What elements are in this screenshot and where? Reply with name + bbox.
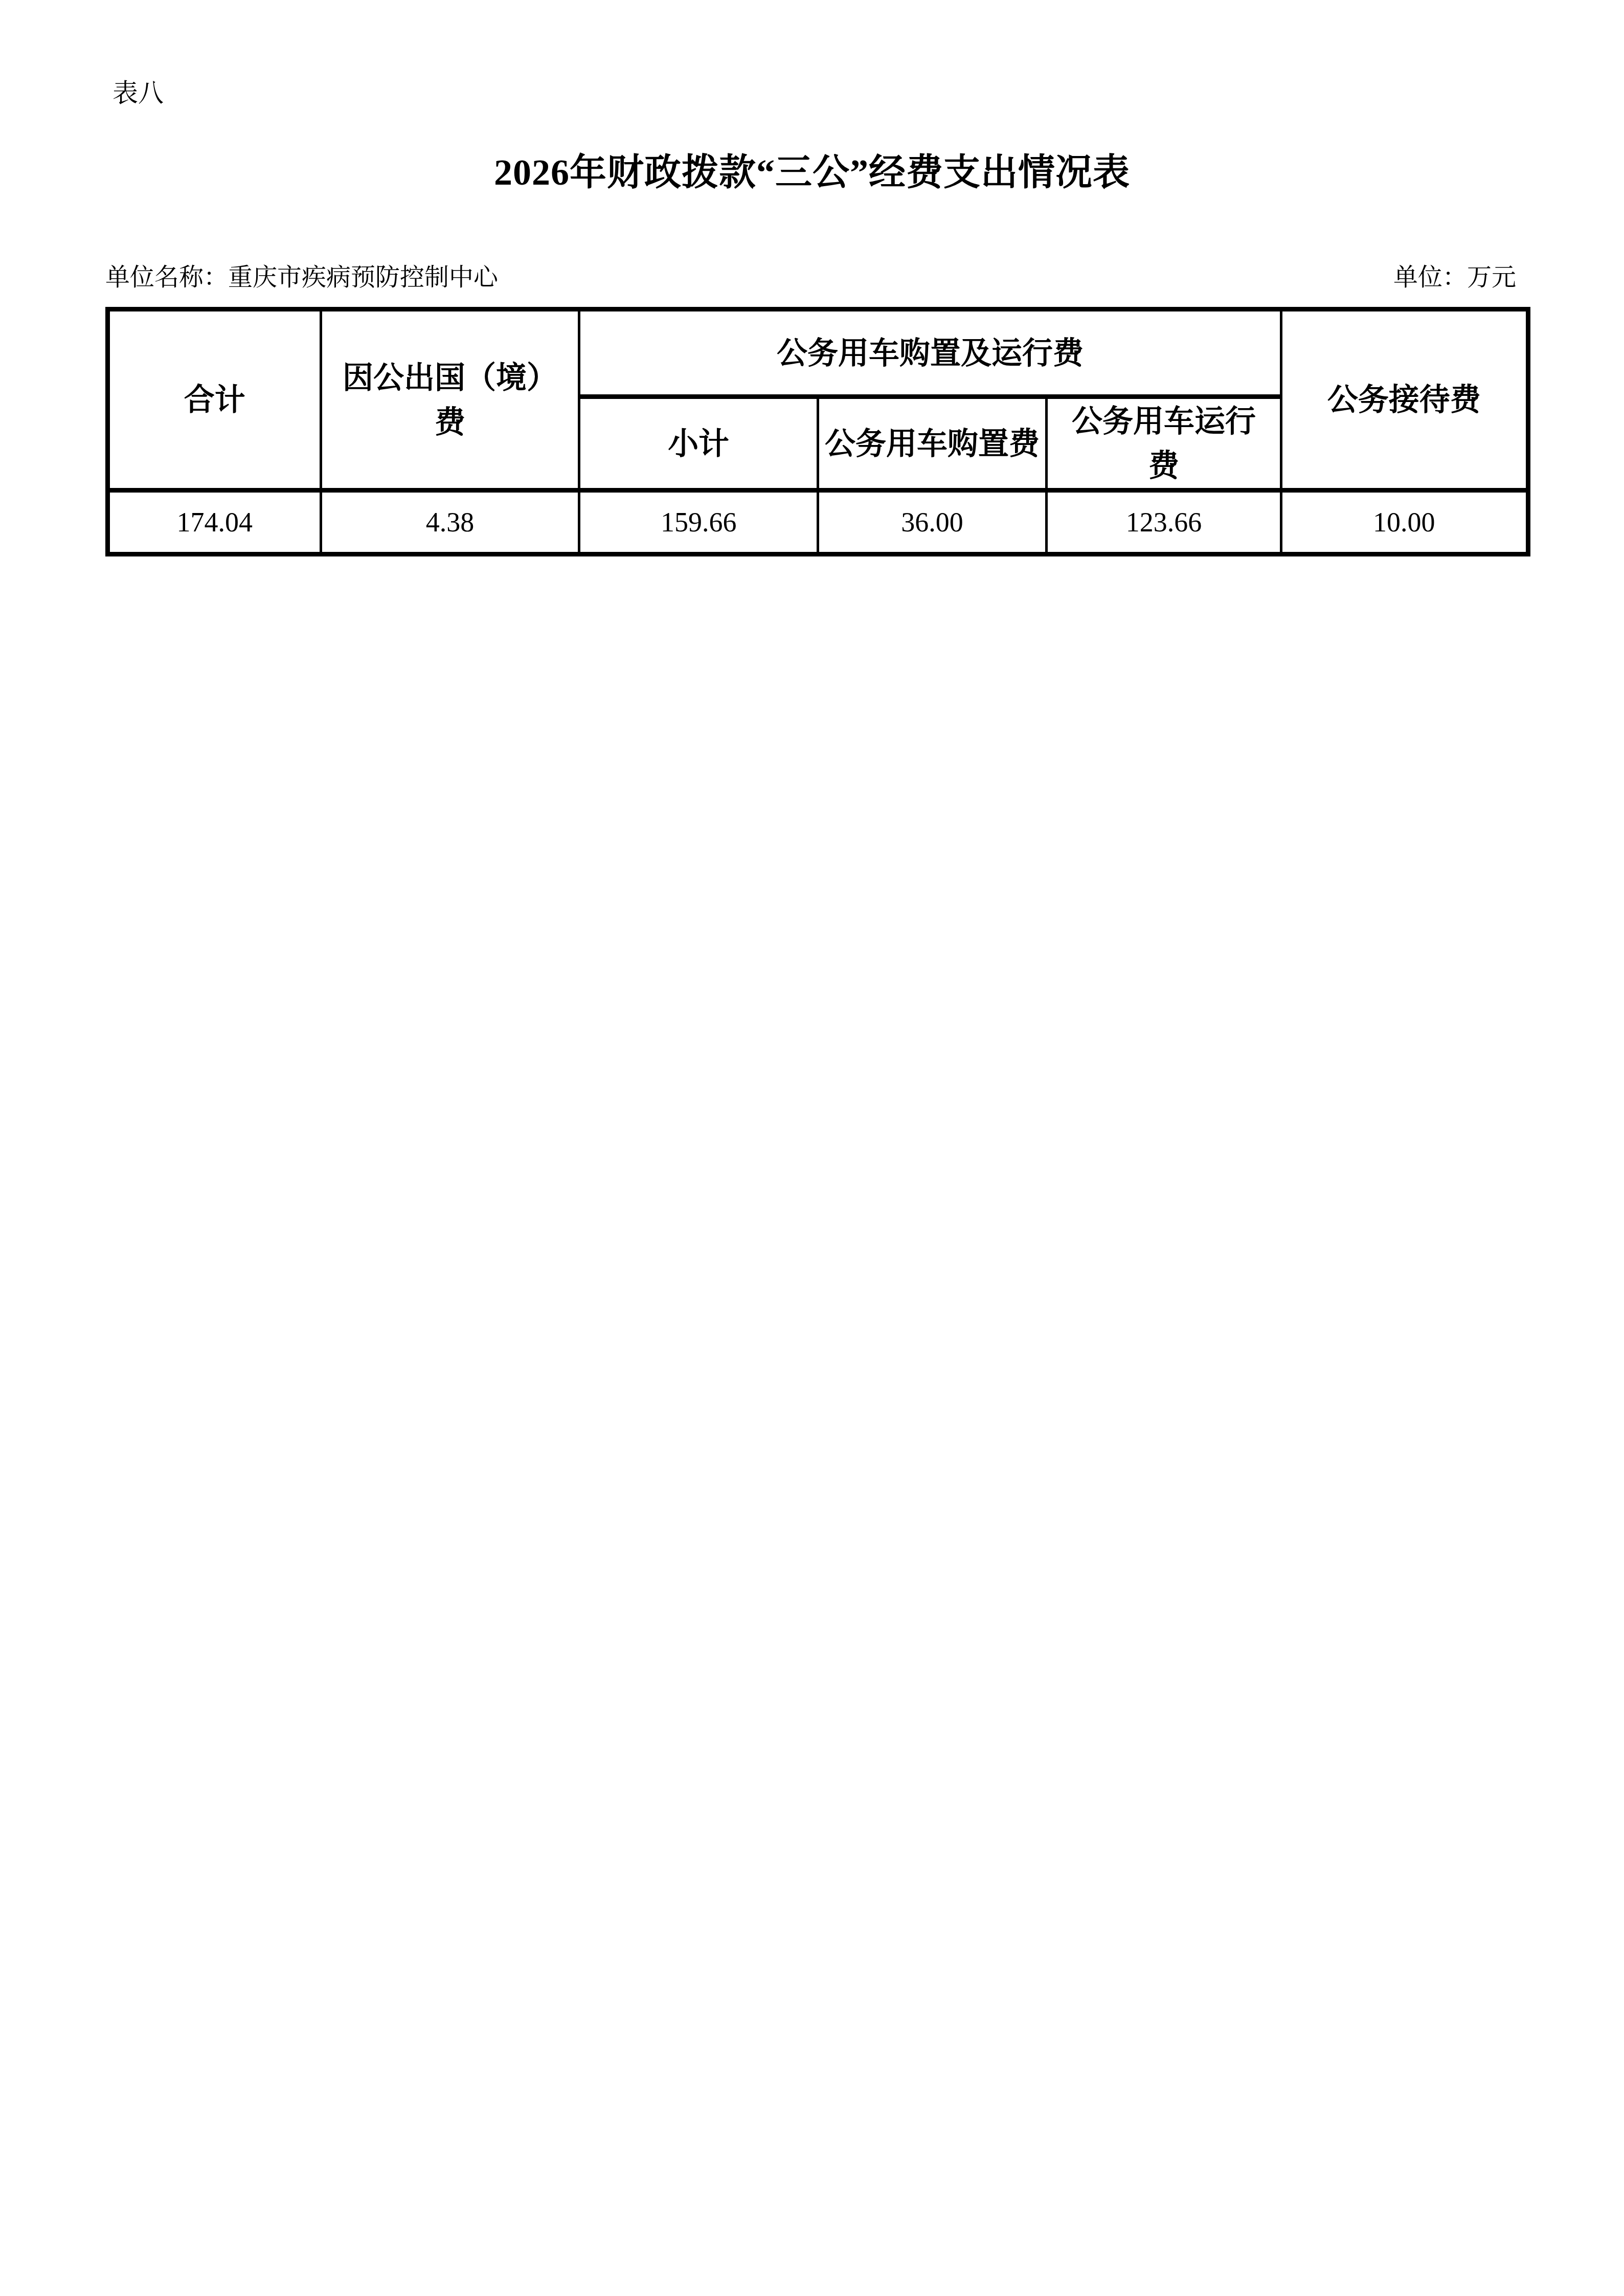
document-page: 表八 2026年财政拨款“三公”经费支出情况表 单位名称：重庆市疾病预防控制中心… [0,0,1624,2296]
value-cell-vehicle-purchase: 36.00 [818,491,1046,554]
table-data-row: 174.04 4.38 159.66 36.00 123.66 10.00 [108,491,1528,554]
value-cell-abroad: 4.38 [321,491,579,554]
header-cell-vehicle-subtotal: 小计 [579,397,818,491]
value-cell-total: 174.04 [108,491,321,554]
value-cell-vehicle-subtotal: 159.66 [579,491,818,554]
value-cell-reception: 10.00 [1281,491,1528,554]
header-cell-vehicle-group: 公务用车购置及运行费 [579,309,1281,397]
header-cell-total: 合计 [108,309,321,491]
meta-row: 单位名称：重庆市疾病预防控制中心 单位：万元 [105,262,1530,294]
header-cell-vehicle-purchase: 公务用车购置费 [818,397,1046,491]
header-cell-abroad: 因公出国（境）费 [321,309,579,491]
expenditure-table: 合计 因公出国（境）费 公务用车购置及运行费 公务接待费 小计 公务用车购置费 … [105,307,1530,556]
header-cell-reception: 公务接待费 [1281,309,1528,491]
table-header-row-1: 合计 因公出国（境）费 公务用车购置及运行费 公务接待费 [108,309,1528,397]
page-title: 2026年财政拨款“三公”经费支出情况表 [0,151,1624,194]
sheet-number-label: 表八 [112,78,164,108]
header-cell-vehicle-operation-text: 公务用车运行费 [1064,399,1264,488]
unit-name-label: 单位名称：重庆市疾病预防控制中心 [105,262,498,294]
header-cell-abroad-text: 因公出国（境）费 [335,355,565,444]
value-cell-vehicle-operation: 123.66 [1047,491,1281,554]
unit-of-measure-label: 单位：万元 [1393,262,1530,294]
header-cell-vehicle-operation: 公务用车运行费 [1047,397,1281,491]
